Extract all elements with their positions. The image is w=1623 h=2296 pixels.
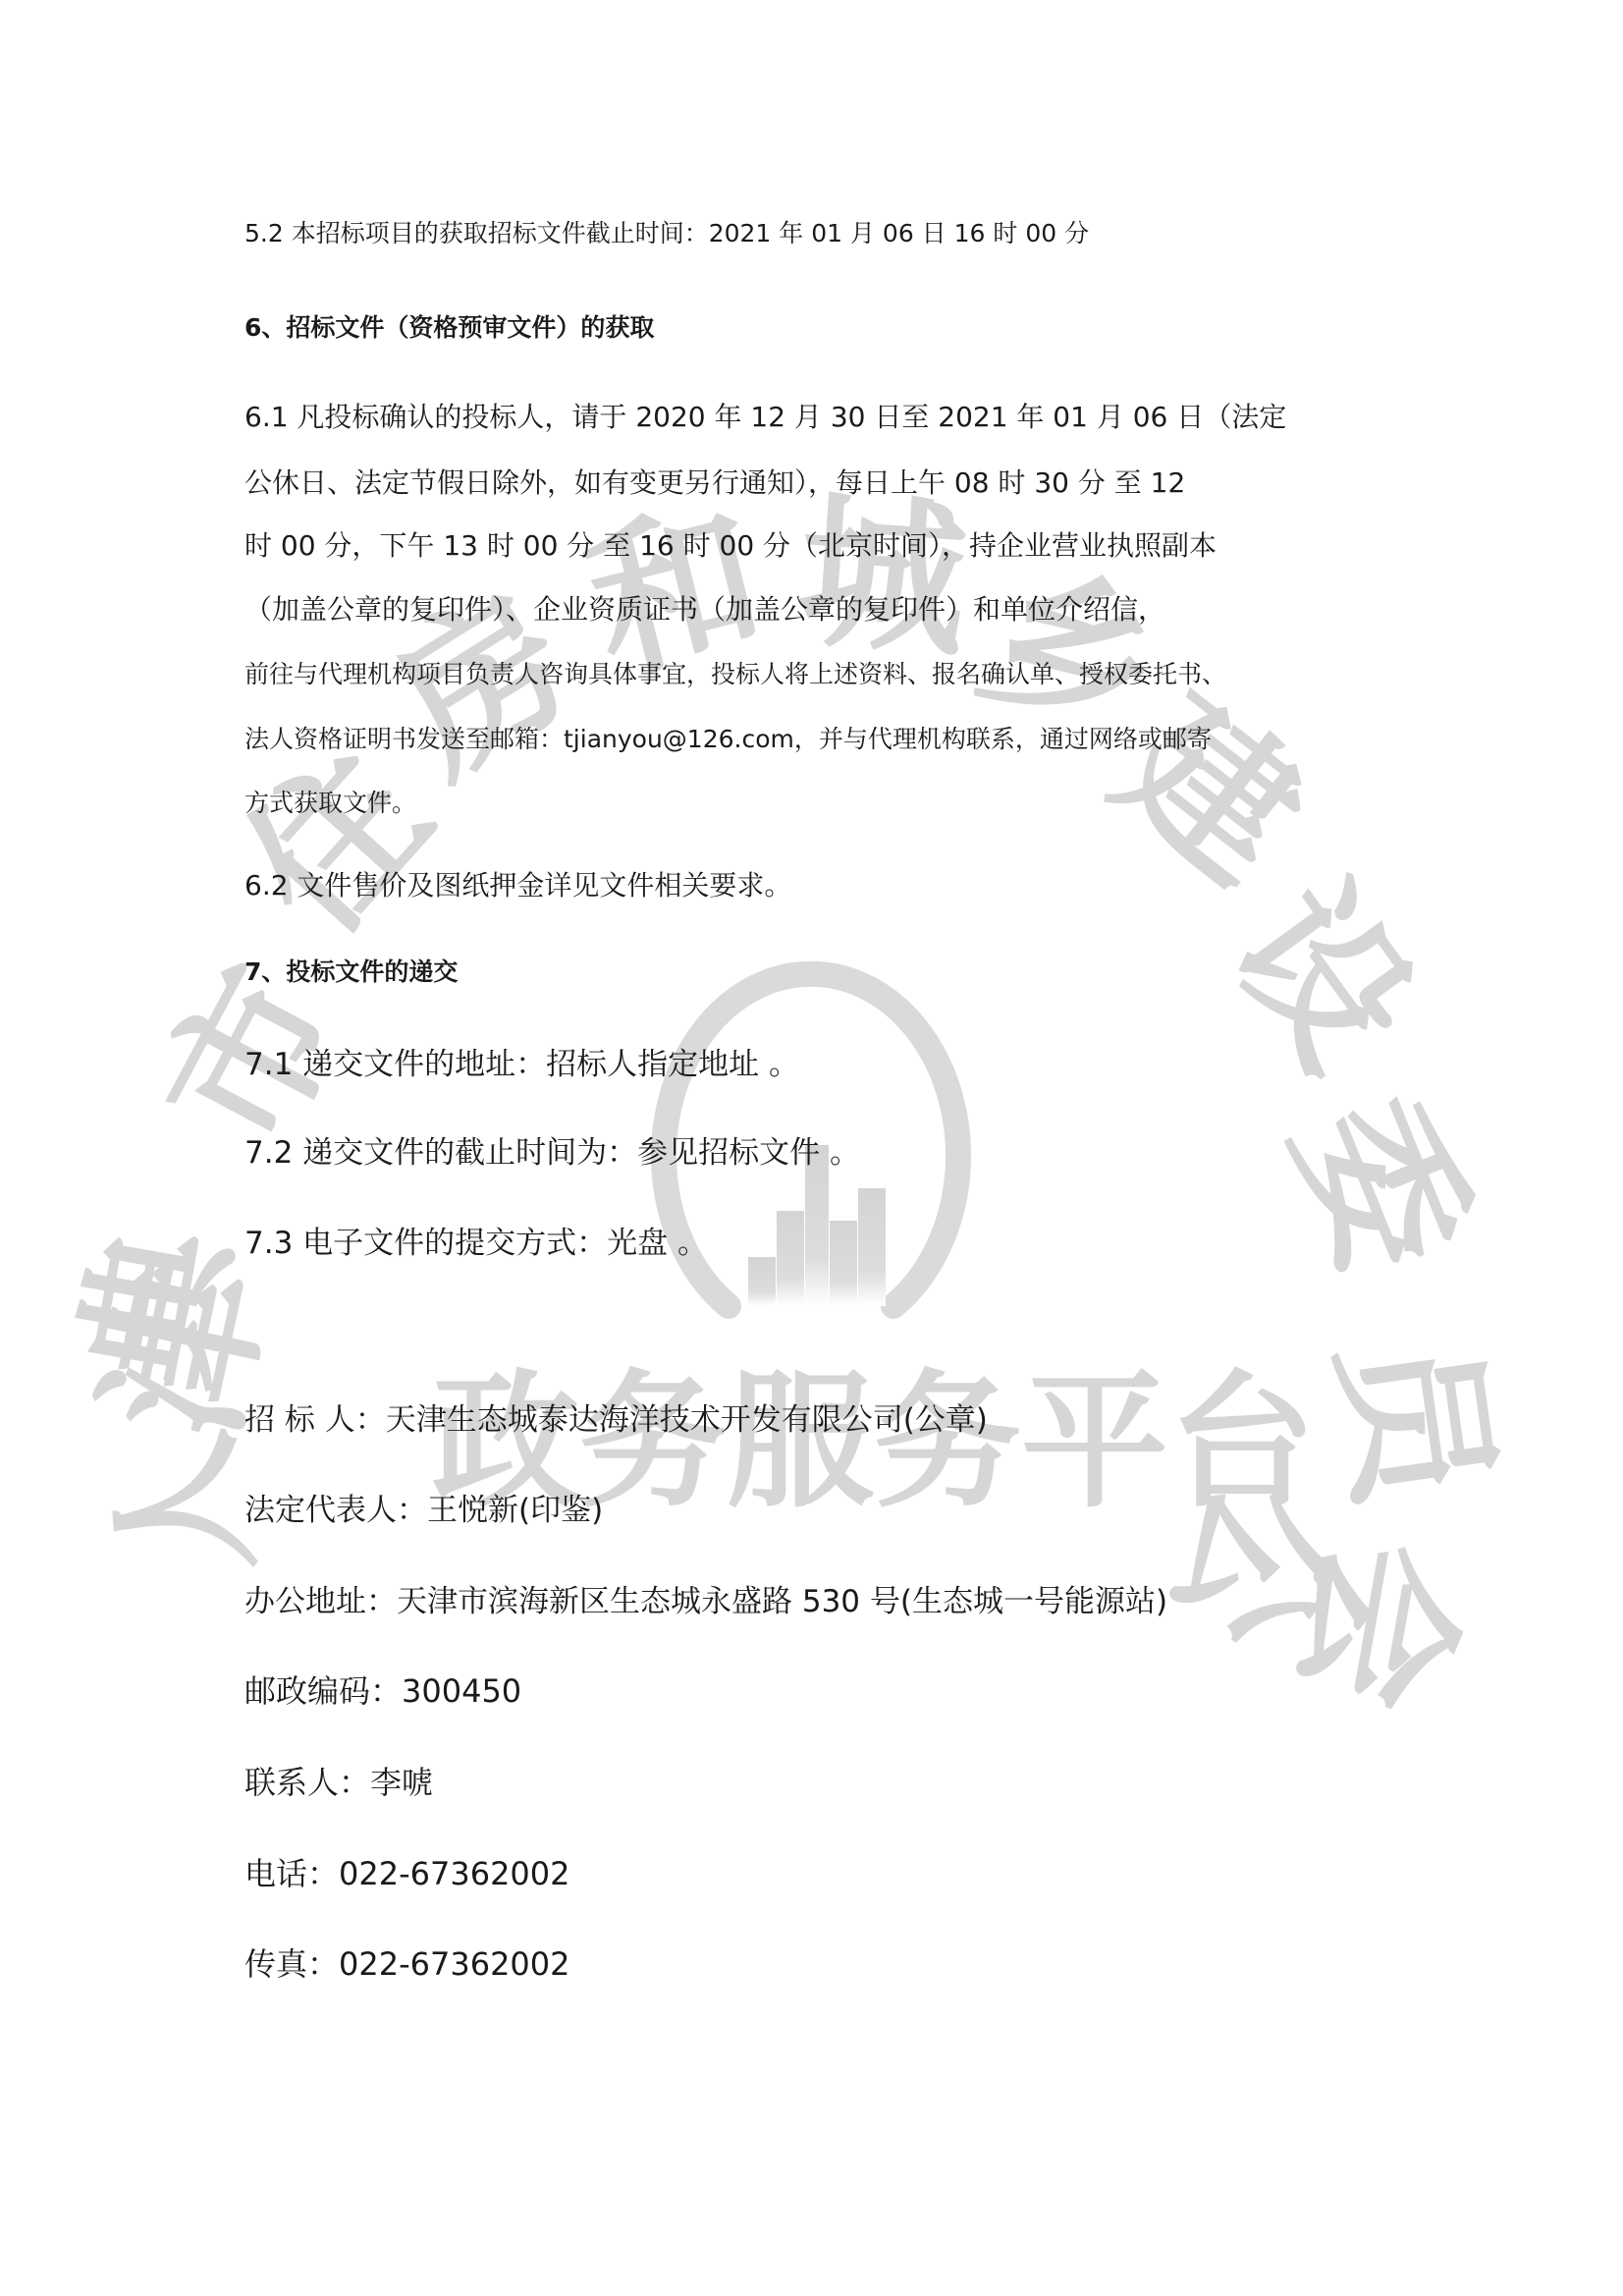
clause-6-1-line-4: （加盖公章的复印件）、企业资质证书（加盖公章的复印件）和单位介绍信， [244, 588, 1165, 628]
document-page: 津 市 住 房 和 城 乡 建 设 委 员 会 政务服务平台 典 人 公 5.2… [0, 0, 1623, 2296]
section-heading-6: 6、招标文件（资格预审文件）的获取 [244, 308, 654, 344]
legal-representative-line: 法定代表人：王悦新(印鉴) [244, 1485, 603, 1529]
office-address-line: 办公地址：天津市滨海新区生态城永盛路 530 号(生态城一号能源站) [244, 1576, 1167, 1620]
clause-6-2: 6.2 文件售价及图纸押金详见文件相关要求。 [244, 864, 791, 903]
document-body: 5.2 本招标项目的获取招标文件截止时间：2021 年 01 月 06 日 16… [0, 0, 1623, 2296]
phone-line: 电话：022-67362002 [244, 1849, 570, 1894]
clause-6-1-line-6: 法人资格证明书发送至邮箱：tjianyou@126.com，并与代理机构联系，通… [244, 720, 1212, 755]
tenderer-line: 招 标 人：天津生态城泰达海洋技术开发有限公司(公章) [244, 1394, 988, 1439]
contact-person-line: 联系人：李唬 [244, 1758, 433, 1803]
section-heading-7: 7、投标文件的递交 [244, 953, 458, 988]
clause-6-1-line-6-text: 法人资格证明书发送至邮箱：tjianyou@126.com，并与代理机构联系，通… [244, 725, 1212, 753]
clause-6-1-line-5: 前往与代理机构项目负责人咨询具体事宜，投标人将上述资料、报名确认单、授权委托书、 [244, 655, 1226, 690]
clause-6-1-line-7: 方式获取文件。 [244, 784, 416, 819]
clause-7-2: 7.2 递交文件的截止时间为：参见招标文件 。 [244, 1127, 860, 1172]
clause-7-1: 7.1 递交文件的地址：招标人指定地址 。 [244, 1039, 799, 1083]
clause-7-3: 7.3 电子文件的提交方式：光盘 。 [244, 1218, 708, 1262]
clause-6-1-line-2: 公休日、法定节假日除外，如有变更另行通知），每日上午 08 时 30 分 至 1… [244, 462, 1185, 501]
clause-6-1-line-1: 6.1 凡投标确认的投标人，请于 2020 年 12 月 30 日至 2021 … [244, 396, 1286, 435]
fax-line: 传真：022-67362002 [244, 1940, 570, 1985]
clause-5-2: 5.2 本招标项目的获取招标文件截止时间：2021 年 01 月 06 日 16… [244, 214, 1089, 249]
postal-code-line: 邮政编码：300450 [244, 1667, 521, 1712]
clause-6-1-line-3: 时 00 分，下午 13 时 00 分 至 16 时 00 分（北京时间），持企… [244, 524, 1217, 564]
